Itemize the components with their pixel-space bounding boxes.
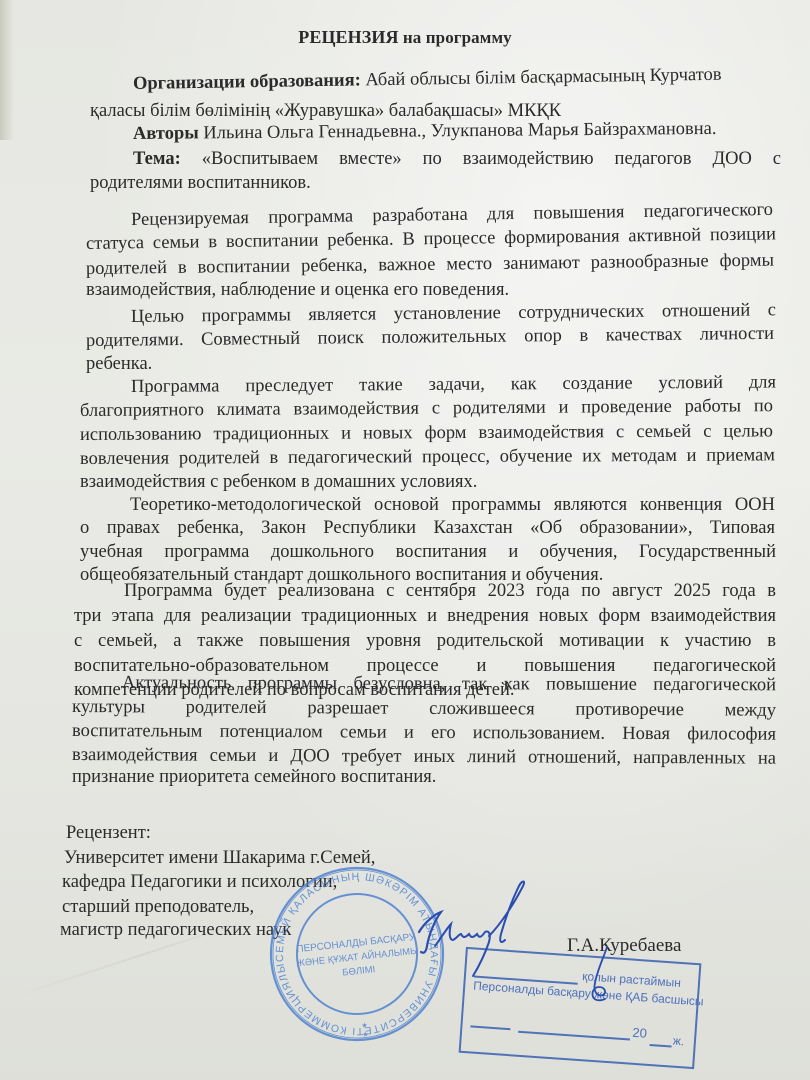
reviewer-position: старший преподователь, <box>62 896 254 918</box>
p3-line-5: взаимодействия с ребенком в домашних усл… <box>80 471 477 493</box>
p2-line-3: ребенка. <box>86 353 152 375</box>
org-value: Абай облысы білім басқармасының Курчатов <box>361 65 722 91</box>
p6-line-2: культуры родителей разрешает сложившееся… <box>72 696 776 722</box>
p1-line-4: взаимодействия, наблюдение и оценка его … <box>86 279 509 301</box>
p5-line-2: три этапа для реализации традиционных и … <box>74 605 776 627</box>
p4-line-2: о правах ребенка, Закон Республики Казах… <box>80 517 775 539</box>
paper-edge <box>0 0 14 140</box>
org-value-2: қаласы білім бөлімінің «Журавушка» балаб… <box>90 101 561 121</box>
svg-text:★: ★ <box>362 1030 369 1039</box>
p6-line-5: признание приоритета семейного воспитани… <box>72 766 436 788</box>
svg-text:★: ★ <box>361 1021 368 1030</box>
topic-line: Тема: «Воспитываем вместе» по взаимодейс… <box>133 148 781 170</box>
reviewer-degree: магистр педагогических наук <box>60 919 291 941</box>
topic-line-2: родителями воспитанников. <box>90 172 311 194</box>
topic-value: «Воспитываем вместе» по взаимодействию п… <box>181 149 781 169</box>
p3-line-4: вовлечения родителей в педагогический пр… <box>80 444 775 470</box>
title-rest: на программу <box>399 28 512 47</box>
p5-line-1: Программа будет реализована с сентября 2… <box>124 580 776 602</box>
org-label: Организации образования: <box>133 70 361 94</box>
document-title: РЕЦЕНЗИЯ на программу <box>0 27 810 48</box>
svg-text:БӨЛІМІ: БӨЛІМІ <box>342 964 376 978</box>
authors-value: Ильина Ольга Геннадьевна., Улукпанова Ма… <box>199 119 717 144</box>
org-line-2: қаласы білім бөлімінің «Журавушка» балаб… <box>90 100 561 122</box>
p3-line-1: Программа преследует такие задачи, как с… <box>131 371 776 398</box>
signature-icon <box>405 872 545 992</box>
authors-label: Авторы <box>133 123 199 144</box>
small-signature-icon <box>585 945 615 1005</box>
rect-stamp-year-prefix: 20 <box>632 1025 647 1041</box>
topic-label: Тема: <box>133 149 181 169</box>
p6-line-1: Актуальность программы безусловна, так к… <box>122 672 776 696</box>
p5-line-3: с семьей, а также повышения уровня родит… <box>74 630 776 652</box>
p6-line-3: воспитательным потенциалом семьи и его и… <box>72 720 776 746</box>
p4-line-1: Теоретико-методологической основой прогр… <box>130 494 775 516</box>
p3-line-3: использованию традиционных и новых форм … <box>80 420 773 446</box>
title-bold: РЕЦЕНЗИЯ <box>298 27 398 47</box>
rect-stamp-date-suffix: ж. <box>672 1034 684 1049</box>
reviewer-label: Рецензент: <box>66 822 151 844</box>
p4-line-3: учебная программа дошкольного воспитания… <box>80 541 776 563</box>
topic-value-2: родителями воспитанников. <box>90 173 311 193</box>
